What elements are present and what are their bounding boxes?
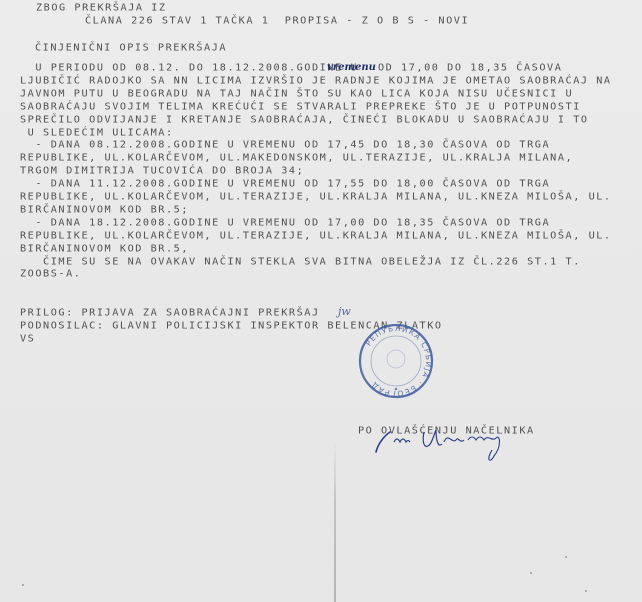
body-line: REPUBLIKE, UL.KOLARČEVOM, UL.TERAZIJE, U… — [20, 192, 612, 203]
handwritten-insert: vremenu — [327, 62, 376, 73]
body-line: SAOBRAĆAJU SVOJIM TELIMA KREĆUĆI SE STVA… — [20, 102, 581, 113]
body-line: - DANA 11.12.2008.GODINE U VREMENU OD 17… — [20, 179, 550, 190]
signature-icon — [368, 420, 518, 470]
official-stamp-icon: РЕПУБЛИКА СРБИЈА · БЕОГРАД — [358, 323, 434, 399]
handwritten-mark: jw — [338, 305, 351, 318]
scanned-document-page: ZBOG PREKRŠAJA IZ ČLANA 226 STAV 1 TAČKA… — [0, 0, 642, 602]
body-line: SPREČILO ODVIJANJE I KRETANJE SAOBRAĆAJA… — [20, 115, 589, 126]
body-line: U SLEDEĆIM ULICAMA: — [20, 128, 174, 139]
body-line: REPUBLIKE, UL.KOLARČEVOM, UL.MAKEDONSKOM… — [20, 153, 573, 164]
body-line: JAVNOM PUTU U BEOGRADU NA TAJ NAČIN ŠTO … — [20, 89, 573, 100]
body-line: REPUBLIKE, UL.KOLARČEVOM, UL.TERAZIJE, U… — [20, 231, 612, 242]
body-line: ZOOBS-A. — [20, 269, 81, 280]
body-line: ČIME SU SE NA OVAKAV NAČIN STEKLA SVA BI… — [20, 257, 581, 268]
body-line: - DANA 08.12.2008.GODINE U VREMENU OD 17… — [20, 140, 550, 151]
body-line: U PERIODU OD 08.12. DO 18.12.2008.GODINE… — [20, 63, 358, 74]
body-line: - DANA 18.12.2008.GODINE U VREMENU OD 17… — [20, 218, 550, 229]
body-line: BIRČANINOVOM KOD BR.5; — [20, 205, 189, 216]
time-phrase: OD 17,00 DO 18,35 ČASOVA — [378, 63, 562, 74]
header-line-1: ZBOG PREKRŠAJA IZ — [36, 3, 167, 14]
scan-artifact — [565, 556, 567, 558]
section-title: ČINJENIČNI OPIS PREKRŠAJA — [35, 43, 227, 54]
svg-text:РЕПУБЛИКА СРБИЈА · БЕОГРАД: РЕПУБЛИКА СРБИЈА · БЕОГРАД — [364, 324, 433, 398]
attachment-line: PRILOG: PRIJAVA ZA SAOBRAĆAJNI PREKRŠAJ — [20, 308, 320, 319]
scan-artifact — [530, 572, 532, 574]
scan-artifact — [585, 590, 587, 592]
scan-artifact — [22, 584, 24, 586]
header-line-2: ČLANA 226 STAV 1 TAČKA 1 PROPISA - Z O B… — [85, 16, 469, 27]
paper-fold-line — [334, 440, 336, 602]
body-line: TRGOM DIMITRIJA TUCOVIĆA DO BROJA 34; — [20, 166, 304, 177]
body-line: LJUBIČIĆ RADOJKO SA NN LICIMA IZVRŠIO JE… — [20, 76, 612, 87]
initials: VS — [20, 334, 35, 345]
body-line: BIRČANINOVOM KOD BR.5, — [20, 244, 189, 255]
